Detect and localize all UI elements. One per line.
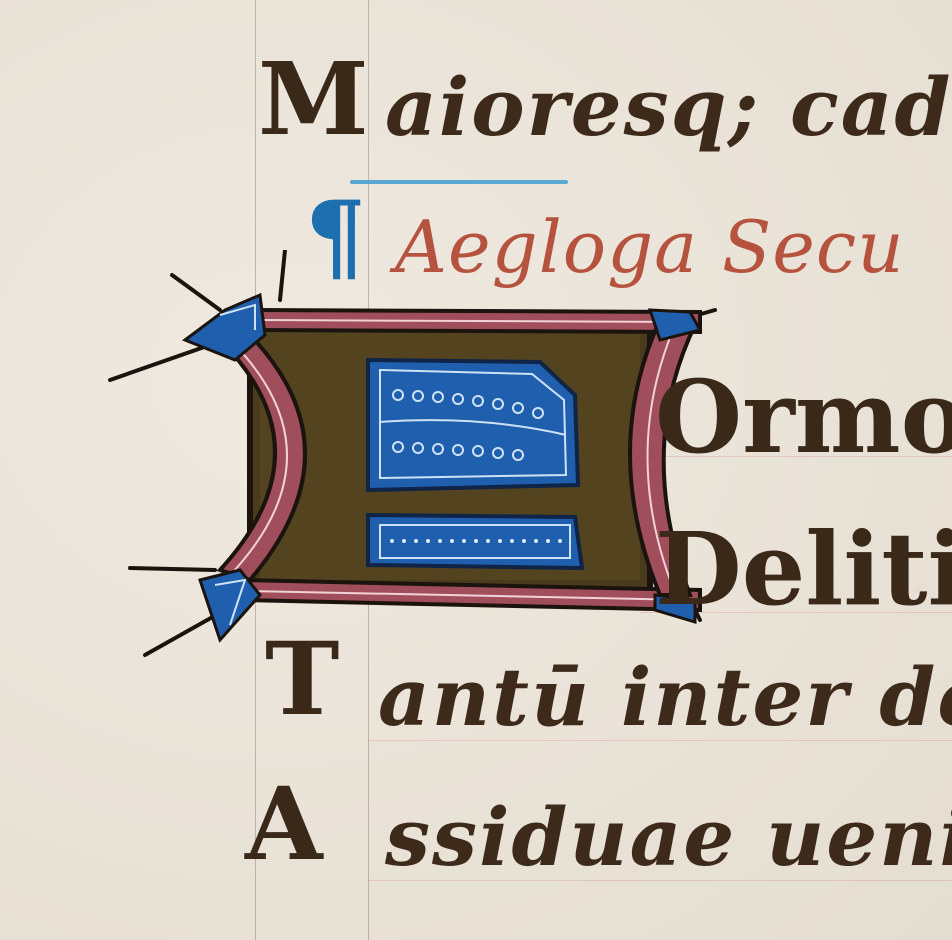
line-initial: T bbox=[265, 620, 339, 738]
manuscript-line: Delitias bbox=[655, 510, 952, 628]
line-initial: M bbox=[258, 40, 369, 158]
manuscript-page: M aioresq; cadu ¶ Aegloga Secu bbox=[0, 0, 952, 940]
illuminated-initial-icon bbox=[100, 250, 720, 660]
manuscript-line: antū inter de bbox=[378, 650, 952, 744]
manuscript-line: ssiduae ueniet bbox=[385, 790, 952, 884]
paragraph-mark-stroke bbox=[350, 180, 568, 184]
line-initial: Ormos bbox=[655, 358, 952, 476]
line-initial: A bbox=[245, 765, 323, 883]
manuscript-line: aioresq; cadu bbox=[385, 60, 952, 154]
